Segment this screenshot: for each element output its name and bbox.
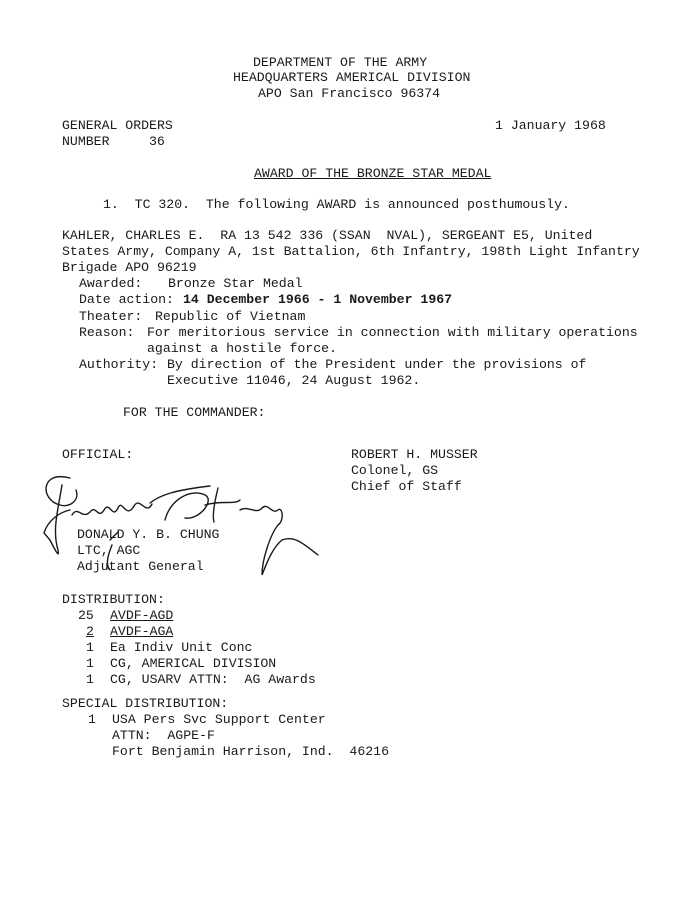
for-the-commander: FOR THE COMMANDER:: [123, 405, 265, 421]
distribution-label: DISTRIBUTION:: [62, 592, 165, 608]
chief-title: Chief of Staff: [351, 479, 462, 495]
recipient-name-serial: KAHLER, CHARLES E. RA 13 542 336 (SSAN N…: [62, 228, 442, 243]
document-title: AWARD OF THE BRONZE STAR MEDAL: [254, 166, 491, 182]
distribution-recipient: AVDF-AGD: [110, 608, 173, 624]
reason-label: Reason:: [79, 325, 134, 341]
official-name: DONALD Y. B. CHUNG: [77, 527, 219, 543]
distribution-qty: 1: [86, 672, 94, 687]
distribution-recipient: CG, USARV ATTN: AG Awards: [110, 672, 316, 688]
reason-line-1: For meritorious service in connection wi…: [147, 325, 638, 341]
distribution-row: 1Ea Indiv Unit Conc: [86, 640, 94, 656]
chief-name: ROBERT H. MUSSER: [351, 447, 478, 463]
recipient-line-3: Brigade APO 96219: [62, 260, 197, 276]
official-label: OFFICIAL:: [62, 447, 133, 463]
official-rank: LTC, AGC: [77, 543, 140, 559]
distribution-recipient: CG, AMERICAL DIVISION: [110, 656, 276, 672]
authority-line-2: Executive 11046, 24 August 1962.: [167, 373, 420, 389]
authority-line-1: By direction of the President under the …: [167, 357, 586, 373]
date-action-label: Date action:: [79, 292, 174, 308]
official-title: Adjutant General: [77, 559, 204, 575]
order-date: 1 January 1968: [495, 118, 606, 134]
distribution-row: 1CG, AMERICAL DIVISION: [86, 656, 94, 672]
special-distribution-line-1: USA Pers Svc Support Center: [112, 712, 326, 728]
number-label: NUMBER: [62, 134, 109, 150]
special-distribution-label: SPECIAL DISTRIBUTION:: [62, 696, 228, 712]
distribution-qty: 1: [86, 640, 94, 655]
distribution-row: 25AVDF-AGD: [78, 608, 94, 624]
distribution-qty: 1: [86, 656, 94, 671]
reason-line-2: against a hostile force.: [147, 341, 337, 357]
theater-label: Theater:: [79, 309, 142, 325]
header-apo: APO San Francisco 96374: [258, 86, 440, 102]
distribution-row: 1CG, USARV ATTN: AG Awards: [86, 672, 94, 688]
distribution-qty: 2: [86, 624, 94, 639]
general-orders-label: GENERAL ORDERS: [62, 118, 173, 134]
special-distribution-qty: 1: [88, 712, 96, 728]
header-headquarters: HEADQUARTERS AMERICAL DIVISION: [233, 70, 470, 86]
distribution-recipient: Ea Indiv Unit Conc: [110, 640, 252, 656]
recipient-line-2: States Army, Company A, 1st Battalion, 6…: [62, 244, 640, 260]
special-distribution-line-2: ATTN: AGPE-F: [112, 728, 215, 744]
awarded-label: Awarded:: [79, 276, 142, 292]
authority-label: Authority:: [79, 357, 158, 373]
header-department: DEPARTMENT OF THE ARMY: [253, 55, 427, 71]
distribution-row: 2AVDF-AGA: [86, 624, 94, 640]
distribution-qty: 25: [78, 608, 94, 623]
special-distribution-line-3: Fort Benjamin Harrison, Ind. 46216: [112, 744, 389, 760]
recipient-line-1: KAHLER, CHARLES E. RA 13 542 336 (SSAN N…: [62, 228, 592, 244]
theater-value: Republic of Vietnam: [155, 309, 305, 325]
order-number: 36: [149, 134, 165, 150]
recipient-rank: SERGEANT E5, United: [442, 228, 592, 243]
awarded-value: Bronze Star Medal: [168, 276, 303, 292]
chief-rank: Colonel, GS: [351, 463, 438, 479]
date-action-value: 14 December 1966 - 1 November 1967: [183, 292, 452, 308]
distribution-recipient: AVDF-AGA: [110, 624, 173, 640]
paragraph-1: 1. TC 320. The following AWARD is announ…: [103, 197, 570, 213]
